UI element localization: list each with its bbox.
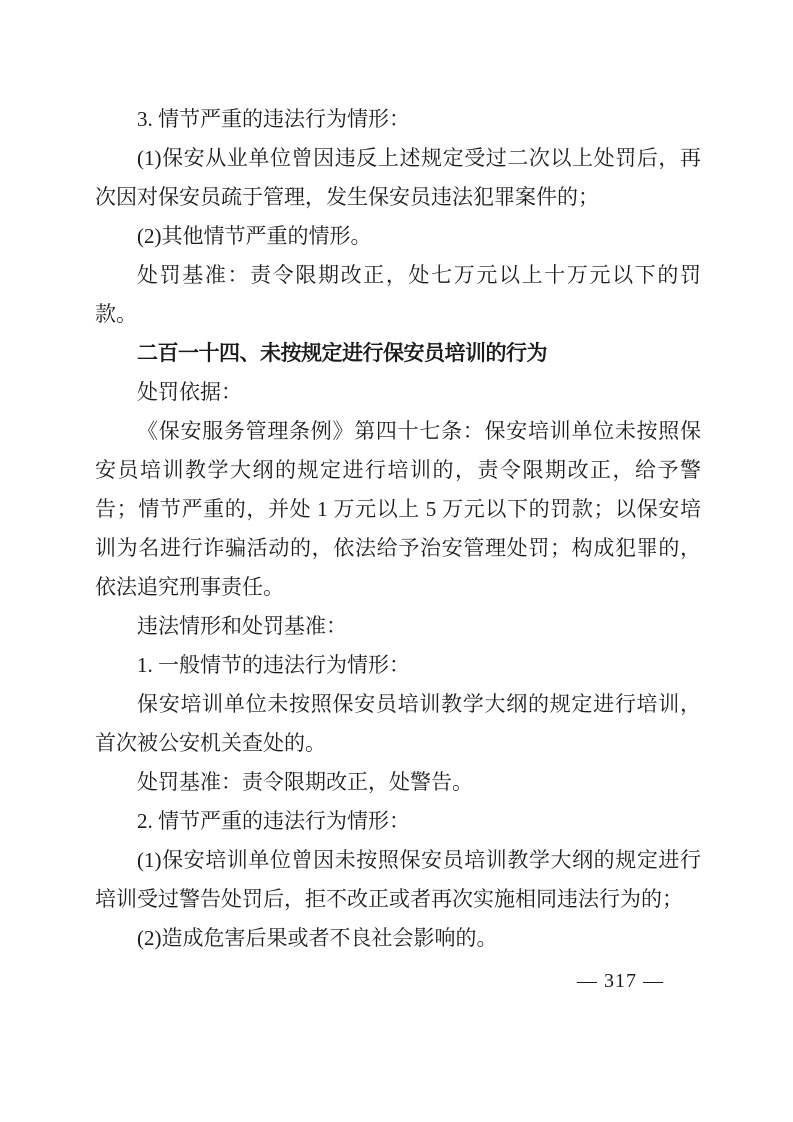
para-clause3-penalty: 处罚基准：责令限期改正，处七万元以上十万元以下的罚款。 <box>95 256 701 334</box>
para-clause1-label: 1. 一般情节的违法行为情形： <box>95 646 701 685</box>
para-clause1-detail: 保安培训单位未按照保安员培训教学大纲的规定进行培训，首次被公安机关查处的。 <box>95 685 701 763</box>
para-regulation-quote: 《保安服务管理条例》第四十七条：保安培训单位未按照保安员培训教学大纲的规定进行培… <box>95 412 701 607</box>
para-clause2-label: 2. 情节严重的违法行为情形： <box>95 802 701 841</box>
para-clause3-item1: (1)保安从业单位曾因违反上述规定受过二次以上处罚后，再次因对保安员疏于管理，发… <box>95 139 701 217</box>
para-clause3-item2: (2)其他情节严重的情形。 <box>95 217 701 256</box>
section-heading-214: 二百一十四、未按规定进行保安员培训的行为 <box>95 334 701 373</box>
para-clause1-penalty: 处罚基准：责令限期改正，处警告。 <box>95 763 701 802</box>
para-penalty-basis-label: 处罚依据： <box>95 373 701 412</box>
document-page: 3. 情节严重的违法行为情形： (1)保安从业单位曾因违反上述规定受过二次以上处… <box>0 0 793 1122</box>
para-clause3-label: 3. 情节严重的违法行为情形： <box>95 100 701 139</box>
para-clause2-item2: (2)造成危害后果或者不良社会影响的。 <box>95 919 701 958</box>
para-clause2-item1: (1)保安培训单位曾因未按照保安员培训教学大纲的规定进行培训受过警告处罚后，拒不… <box>95 841 701 919</box>
page-number: — 317 — <box>95 962 701 1001</box>
text-block: 3. 情节严重的违法行为情形： (1)保安从业单位曾因违反上述规定受过二次以上处… <box>95 100 701 1001</box>
para-violation-penalty-label: 违法情形和处罚基准： <box>95 607 701 646</box>
